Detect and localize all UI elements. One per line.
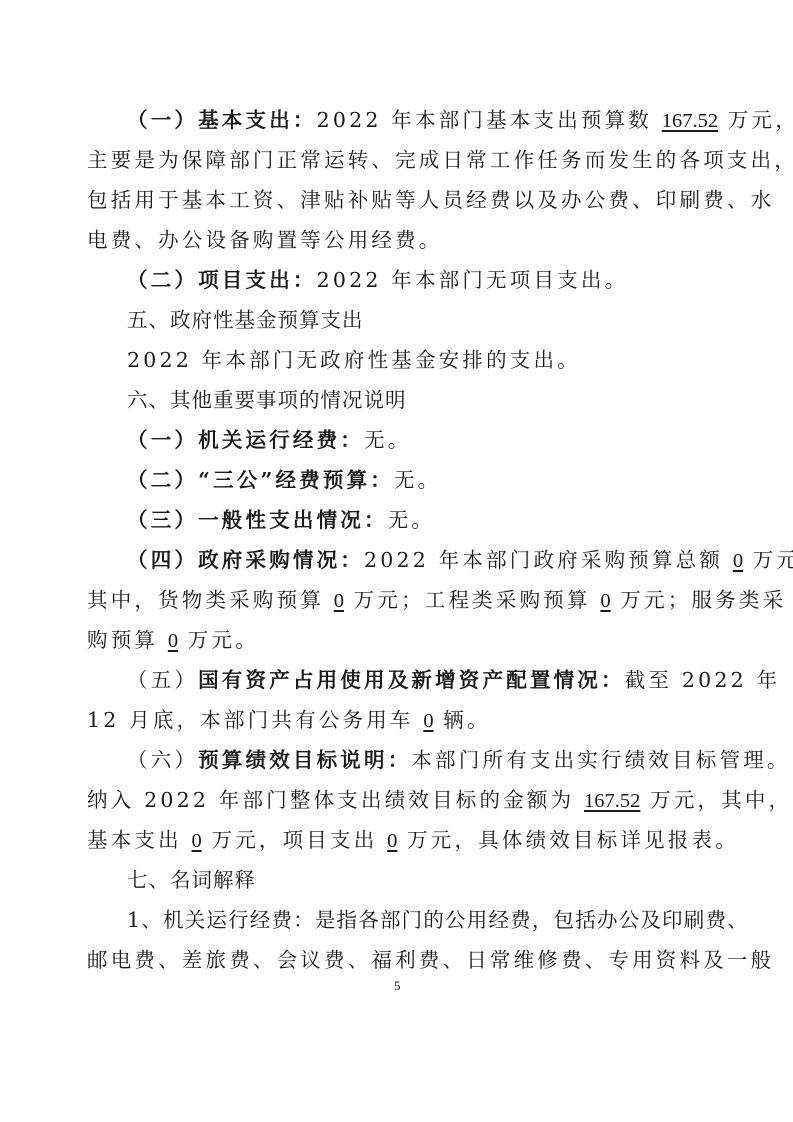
performance-line-1: （六）预算绩效目标说明：本部门所有支出实行绩效目标管理。: [127, 746, 747, 774]
assets-line-2: 12 月底，本部门共有公务用车 0 辆。: [87, 706, 707, 735]
text: 本部门所有支出实行绩效目标管理。: [411, 748, 790, 772]
text: 万元，项目支出: [202, 828, 387, 852]
text: 2022 年本部门基本支出预算数: [317, 108, 662, 132]
operating-expenses-item: （一）机关运行经费：无。: [127, 426, 747, 454]
item-value: 无。: [388, 508, 435, 532]
basic-expenditure-line-3: 包括用于基本工资、津贴补贴等人员经费以及办公费、印刷费、水: [87, 186, 707, 214]
text: 万元，: [743, 548, 793, 572]
basic-expenditure-label: （一）基本支出：: [127, 108, 317, 132]
page-number: 5: [394, 978, 401, 994]
text: （五）: [127, 668, 198, 692]
section-5-heading: 五、政府性基金预算支出: [127, 306, 747, 334]
text: 纳入 2022 年部门整体支出绩效目标的金额为: [87, 788, 584, 812]
procurement-label: （四）政府采购情况：: [127, 548, 364, 572]
basic-expenditure-amount: 167.52: [662, 110, 718, 132]
procurement-goods: 0: [334, 590, 344, 612]
item-value: 无。: [364, 428, 411, 452]
basic-expenditure-line-2: 主要是为保障部门正常运转、完成日常工作任务而发生的各项支出，: [87, 146, 707, 174]
text: 万元；服务类采: [611, 588, 787, 612]
performance-project: 0: [387, 830, 397, 852]
text: 万元。: [178, 628, 259, 652]
basic-expenditure-line-1: （一）基本支出：2022 年本部门基本支出预算数 167.52 万元，: [127, 106, 747, 135]
text: 万元，具体绩效目标详见报表。: [397, 828, 739, 852]
performance-line-3: 基本支出 0 万元，项目支出 0 万元，具体绩效目标详见报表。: [87, 826, 707, 855]
document-page: （一）基本支出：2022 年本部门基本支出预算数 167.52 万元， 主要是为…: [0, 0, 793, 1122]
performance-line-2: 纳入 2022 年部门整体支出绩效目标的金额为 167.52 万元，其中，: [87, 786, 707, 815]
text: 基本支出: [87, 828, 192, 852]
text: 万元；工程类采购预算: [344, 588, 600, 612]
text: 购预算: [87, 628, 168, 652]
vehicle-count: 0: [423, 710, 433, 732]
procurement-total: 0: [733, 550, 743, 572]
procurement-works: 0: [600, 590, 610, 612]
project-expenditure-label: （二）项目支出：: [127, 268, 317, 292]
section-7-heading: 七、名词解释: [127, 866, 747, 894]
item-value: 无。: [394, 468, 441, 492]
procurement-line-3: 购预算 0 万元。: [87, 626, 707, 655]
text: 2022 年本部门无项目支出。: [317, 268, 629, 292]
glossary-item-1-line-1: 1、机关运行经费：是指各部门的公用经费，包括办公及印刷费、: [127, 906, 747, 934]
text: 万元，: [718, 108, 793, 132]
section-5-text: 2022 年本部门无政府性基金安排的支出。: [127, 346, 747, 374]
text: 截至 2022 年: [625, 668, 781, 692]
assets-line-1: （五）国有资产占用使用及新增资产配置情况：截至 2022 年: [127, 666, 747, 694]
text: 万元，其中，: [640, 788, 792, 812]
text: 2022 年本部门政府采购预算总额: [364, 548, 733, 572]
item-label: （三）一般性支出情况：: [127, 508, 388, 532]
text: 辆。: [434, 708, 491, 732]
glossary-item-1-line-2: 邮电费、差旅费、会议费、福利费、日常维修费、专用资料及一般: [87, 946, 707, 974]
text: （六）: [127, 748, 198, 772]
assets-label: 国有资产占用使用及新增资产配置情况：: [198, 668, 625, 692]
project-expenditure: （二）项目支出：2022 年本部门无项目支出。: [127, 266, 747, 294]
procurement-services: 0: [168, 630, 178, 652]
section-6-heading: 六、其他重要事项的情况说明: [127, 386, 747, 414]
three-public-item: （二）“三公”经费预算：无。: [127, 466, 747, 494]
general-expenditure-item: （三）一般性支出情况：无。: [127, 506, 747, 534]
performance-amount: 167.52: [584, 790, 640, 812]
performance-basic: 0: [192, 830, 202, 852]
item-label: （二）“三公”经费预算：: [127, 468, 394, 492]
text: 12 月底，本部门共有公务用车: [87, 708, 423, 732]
procurement-line-2: 其中，货物类采购预算 0 万元；工程类采购预算 0 万元；服务类采: [87, 586, 707, 615]
basic-expenditure-line-4: 电费、办公设备购置等公用经费。: [87, 226, 707, 254]
item-label: （一）机关运行经费：: [127, 428, 364, 452]
text: 其中，货物类采购预算: [87, 588, 334, 612]
performance-label: 预算绩效目标说明：: [198, 748, 411, 772]
procurement-line-1: （四）政府采购情况：2022 年本部门政府采购预算总额 0 万元，: [127, 546, 747, 575]
